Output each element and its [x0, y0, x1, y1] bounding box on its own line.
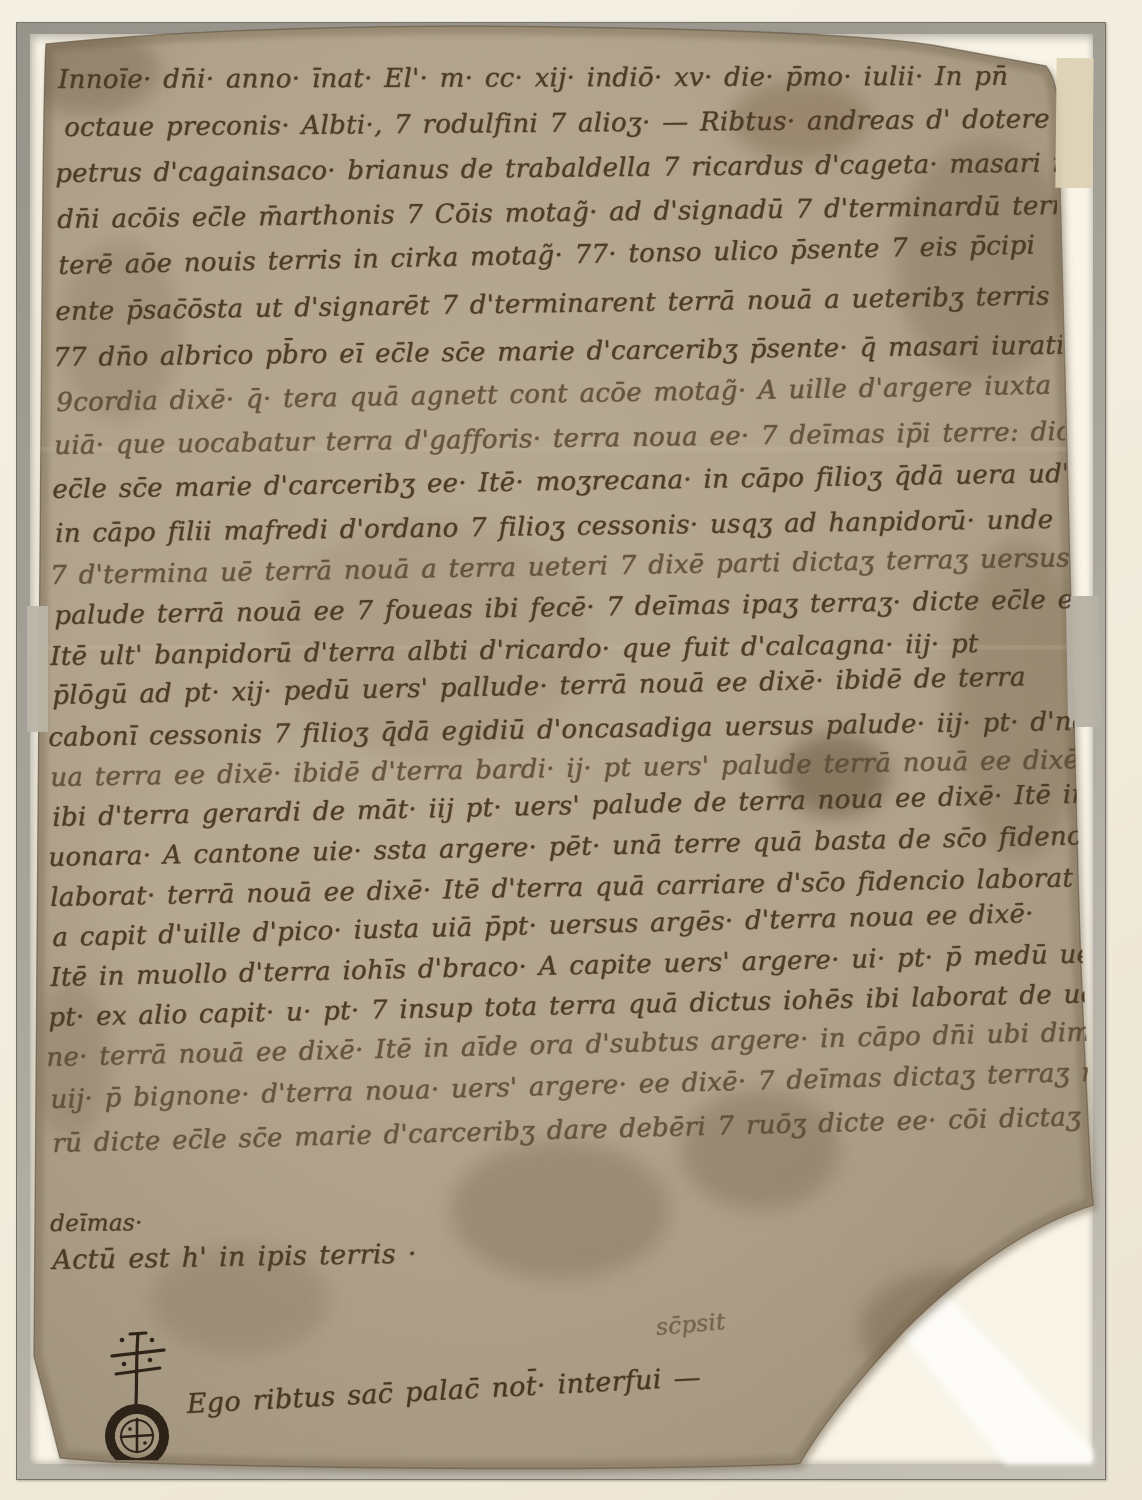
manuscript-line: rū dicte ec̄le sc̄e marie d'carceribʒ da… — [52, 1103, 1081, 1159]
manuscript-line: cabonī cessonis 7 filioʒ q̄dā egidiū d'o… — [48, 708, 1088, 753]
closing-line: deīmas· — [50, 1211, 143, 1237]
closing-line: Actū est h' in ipis terris · — [52, 1240, 417, 1276]
scanned-charter-photo: Innoīe· dn̄i· anno· īnat· El'· m· cc· xi… — [0, 0, 1142, 1500]
manuscript-line: 9cordia dixē· q̄· tera quā agnett cont a… — [56, 372, 1052, 418]
scripsit-note: sc̄psit — [655, 1310, 727, 1341]
manuscript-line: palude terrā nouā ee 7 foueas ibi fecē· … — [54, 586, 1098, 631]
manuscript-line: 7 d'termina uē terrā nouā a terra ueteri… — [50, 544, 1070, 590]
handwritten-text-layer: Innoīe· dn̄i· anno· īnat· El'· m· cc· xi… — [0, 0, 1142, 1500]
notarial-signum-icon — [92, 1326, 202, 1471]
tape-repair-top-right — [1055, 58, 1093, 188]
manuscript-line: terē aōe nouis terris in cirka motag̃· 7… — [58, 232, 1035, 281]
manuscript-line: uiā· que uocabatur terra d'gafforis· ter… — [54, 417, 1098, 460]
manuscript-line: ec̄le sc̄e marie d'carceribʒ ee· Itē· mo… — [52, 460, 1070, 505]
manuscript-line: Innoīe· dn̄i· anno· īnat· El'· m· cc· xi… — [58, 63, 1008, 95]
manuscript-line: 77 dn̄o albrico pb̄ro eī ec̄le sc̄e mari… — [53, 331, 1102, 372]
manuscript-line: octaue preconis· Albti·, 7 rodulfini 7 a… — [64, 105, 1050, 142]
manuscript-line: ente p̄sac̄ōsta ut d'signarēt 7 d'termin… — [55, 282, 1050, 326]
manuscript-line: in cāpo filii mafredi d'ordano 7 filioʒ … — [55, 506, 1054, 549]
manuscript-line: p̄lōgū ad pt· xij· pedū uers' pallude· t… — [52, 663, 1026, 710]
manuscript-line: dn̄i acōis ec̄le m̄arthonis 7 Cōis motag… — [57, 191, 1124, 234]
notary-signature-line: Ego ribtus sac̄ palac̄ not̄· interfui — — [186, 1363, 701, 1420]
manuscript-line: petrus d'cagainsaco· brianus de trabalde… — [55, 149, 1126, 189]
